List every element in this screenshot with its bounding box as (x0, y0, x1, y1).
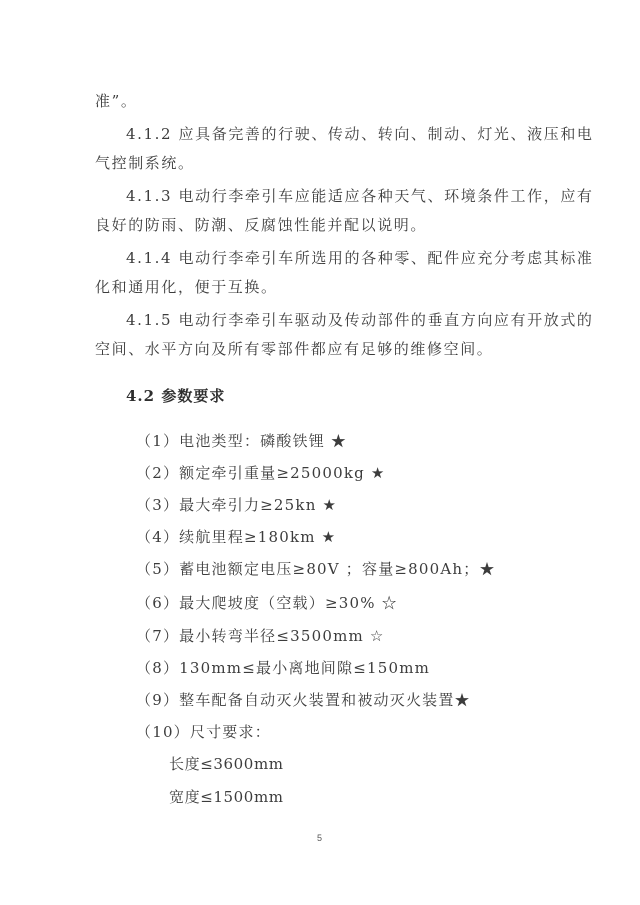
param-item-9: （9）整车配备自动灭火装置和被动灭火装置★ (136, 690, 596, 710)
param-item-1: （1）电池类型：磷酸铁锂 ★ (136, 431, 596, 451)
clause-4-1-2-line-2: 气控制系统。 (95, 153, 555, 173)
param-item-10: （10）尺寸要求： (136, 722, 596, 742)
continuation-text: 准”。 (95, 91, 555, 111)
param-item-4: （4）续航里程≥180km ★ (136, 527, 596, 547)
page-number: 5 (317, 833, 322, 843)
param-item-7: （7）最小转弯半径≤3500mm ☆ (136, 626, 596, 646)
dimension-width: 宽度≤1500mm (169, 787, 629, 807)
clause-4-1-5-line-2: 空间、水平方向及所有零部件都应有足够的维修空间。 (95, 339, 555, 359)
dimension-length: 长度≤3600mm (169, 754, 629, 774)
clause-4-1-3-line-2: 良好的防雨、防潮、反腐蚀性能并配以说明。 (95, 215, 555, 235)
param-item-2: （2）额定牵引重量≥25000kg ★ (136, 463, 596, 483)
param-item-8: （8）130mm≤最小离地间隙≤150mm (136, 658, 596, 678)
clause-4-1-5-line-1: 4.1.5 电动行李牵引车驱动及传动部件的垂直方向应有开放式的 (126, 310, 586, 330)
section-4-2-heading: 4.2 参数要求 (126, 386, 586, 406)
clause-4-1-4-line-1: 4.1.4 电动行李牵引车所选用的各种零、配件应充分考虑其标准 (126, 248, 586, 268)
clause-4-1-2-line-1: 4.1.2 应具备完善的行驶、传动、转向、制动、灯光、液压和电 (126, 124, 586, 144)
param-item-3: （3）最大牵引力≥25kn ★ (136, 495, 596, 515)
document-page: 准”。 4.1.2 应具备完善的行驶、传动、转向、制动、灯光、液压和电 气控制系… (0, 0, 640, 905)
clause-4-1-3-line-1: 4.1.3 电动行李牵引车应能适应各种天气、环境条件工作，应有 (126, 186, 586, 206)
clause-4-1-4-line-2: 化和通用化，便于互换。 (95, 277, 555, 297)
param-item-6: （6）最大爬坡度（空载）≥30% ☆ (136, 593, 596, 613)
param-item-5: （5）蓄电池额定电压≥80V ；容量≥800Ah；★ (136, 559, 596, 579)
